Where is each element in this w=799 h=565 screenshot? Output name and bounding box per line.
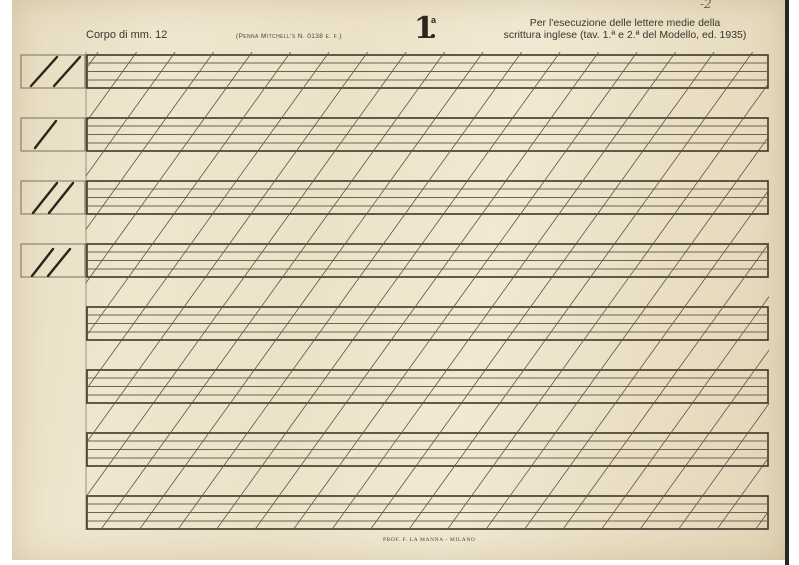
practice-row — [87, 496, 768, 529]
practice-row — [87, 307, 768, 340]
practice-row — [87, 181, 768, 214]
publisher-footer: PROF. F. LA MANNA - MILANO — [383, 537, 476, 543]
example-box — [21, 55, 85, 88]
example-box — [21, 244, 85, 277]
example-stroke — [31, 57, 57, 86]
ruled-grid — [0, 0, 799, 565]
practice-row — [87, 55, 768, 88]
practice-row — [87, 244, 768, 277]
example-box — [21, 181, 85, 214]
example-stroke — [35, 121, 56, 148]
example-box — [21, 118, 85, 151]
example-boxes — [21, 55, 85, 277]
ruled-rows — [87, 55, 768, 529]
example-stroke — [54, 57, 80, 86]
practice-row — [87, 118, 768, 151]
